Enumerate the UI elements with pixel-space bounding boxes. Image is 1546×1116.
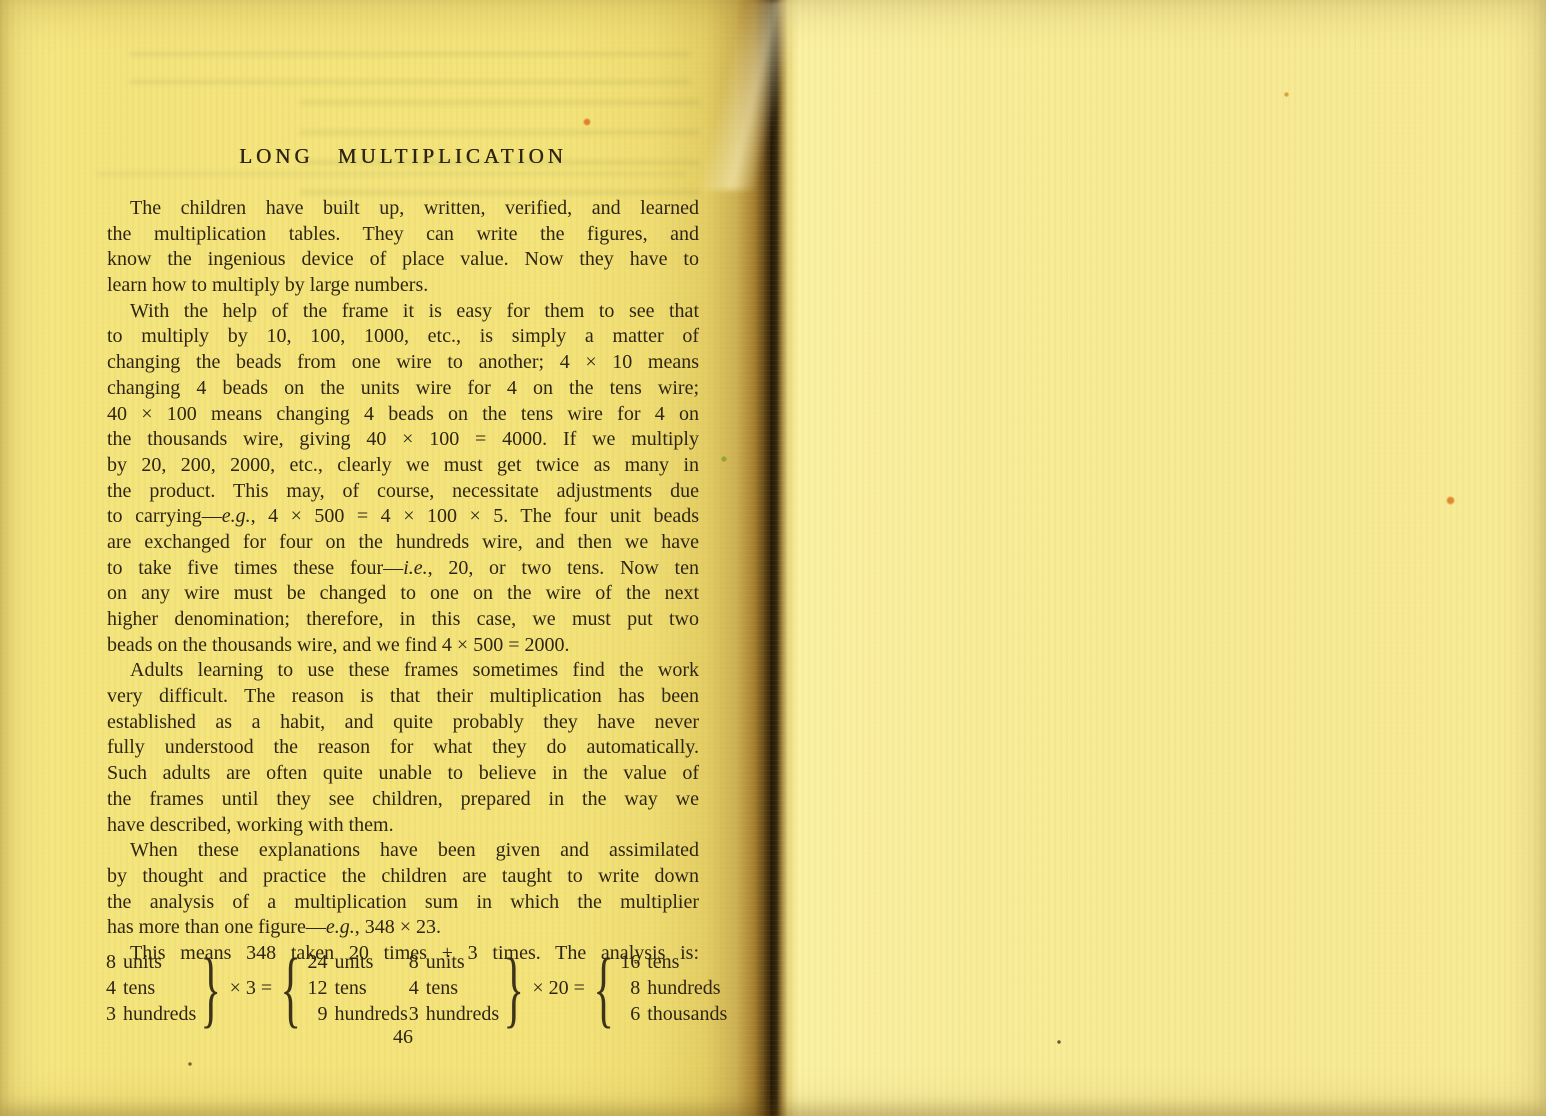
analysis-input-column: 8units4tens3hundreds	[408, 949, 499, 1027]
text-line: very difficult. The reason is that their…	[107, 684, 699, 710]
text-line: the multiplication tables. They can writ…	[107, 222, 699, 248]
text-line: know the ingenious device of place value…	[107, 247, 699, 273]
text-line: 40 × 100 means changing 4 beads on the t…	[107, 402, 699, 428]
text-line: established as a habit, and quite probab…	[107, 710, 699, 736]
analysis-operator: × 3 =	[230, 977, 273, 1000]
analysis-line: 8units	[105, 949, 196, 975]
text-line: the thousands wire, giving 40 × 100 = 40…	[107, 427, 699, 453]
text-line: to carrying—e.g., 4 × 500 = 4 × 100 × 5.…	[107, 504, 699, 530]
analysis-line: 8hundreds	[618, 975, 727, 1001]
analysis-line: 16tens	[618, 949, 727, 975]
text-line: the frames until they see children, prep…	[107, 787, 699, 813]
analysis-line: 24units	[305, 949, 407, 975]
analysis-output-column: 24units12tens9hundreds	[305, 949, 407, 1027]
chapter-title: LONG MULTIPLICATION	[107, 144, 699, 169]
text-line: to take five times these four—i.e., 20, …	[107, 556, 699, 582]
text-line: Such adults are often quite unable to be…	[107, 761, 699, 787]
analysis-line: 9hundreds	[305, 1001, 407, 1027]
page-left: LONG MULTIPLICATION The children have bu…	[0, 0, 772, 1116]
opening-brace: {	[280, 946, 301, 1030]
text-line: learn how to multiply by large numbers.	[107, 273, 699, 299]
analysis-input-column: 8units4tens3hundreds	[105, 949, 196, 1027]
text-line: higher denomination; therefore, in this …	[107, 607, 699, 633]
analysis-line: 4tens	[105, 975, 196, 1001]
text-line: to multiply by 10, 100, 1000, etc., is s…	[107, 324, 699, 350]
show-through-artifact	[96, 172, 686, 194]
text-line: changing 4 beads on the units wire for 4…	[107, 376, 699, 402]
text-line: by 20, 200, 2000, etc., clearly we must …	[107, 453, 699, 479]
analysis-line: 6thousands	[618, 1001, 727, 1027]
multiplication-analysis: 8units4tens3hundreds } × 3 = { 24units12…	[105, 946, 701, 1030]
analysis-line: 4tens	[408, 975, 499, 1001]
text-line: When these explanations have been given …	[107, 838, 699, 864]
text-line: are exchanged for four on the hundreds w…	[107, 530, 699, 556]
analysis-line: 3hundreds	[105, 1001, 196, 1027]
text-line: fully understood the reason for what the…	[107, 735, 699, 761]
show-through-artifact	[130, 52, 690, 88]
text-line: on any wire must be changed to one on th…	[107, 581, 699, 607]
text-line: With the help of the frame it is easy fo…	[107, 299, 699, 325]
text-line: have described, working with them.	[107, 813, 699, 839]
text-line: The children have built up, written, ver…	[107, 196, 699, 222]
closing-brace: }	[503, 946, 524, 1030]
analysis-line: 3hundreds	[408, 1001, 499, 1027]
text-line: the analysis of a multiplication sum in …	[107, 890, 699, 916]
analysis-line: 8units	[408, 949, 499, 975]
open-book-scan: LONG MULTIPLICATION The children have bu…	[0, 0, 1546, 1116]
analysis-group-times-3: 8units4tens3hundreds } × 3 = { 24units12…	[105, 946, 408, 1030]
left-page-body: The children have built up, written, ver…	[107, 196, 699, 967]
analysis-group-times-20: 8units4tens3hundreds } × 20 = { 16tens8h…	[408, 946, 727, 1030]
text-line: beads on the thousands wire, and we find…	[107, 633, 699, 659]
opening-brace: {	[593, 946, 614, 1030]
text-line: the product. This may, of course, necess…	[107, 479, 699, 505]
analysis-output-column: 16tens8hundreds6thousands	[618, 949, 727, 1027]
analysis-operator: × 20 =	[532, 977, 585, 1000]
text-line: Adults learning to use these frames some…	[107, 658, 699, 684]
page-right: LONG MULTIPLICATION 47 After the analysi…	[772, 0, 1546, 1116]
text-line: by thought and practice the children are…	[107, 864, 699, 890]
analysis-line: 12tens	[305, 975, 407, 1001]
text-line: has more than one figure—e.g., 348 × 23.	[107, 915, 699, 941]
closing-brace: }	[201, 946, 222, 1030]
page-number-left: 46	[107, 1026, 699, 1049]
text-line: changing the beads from one wire to anot…	[107, 350, 699, 376]
